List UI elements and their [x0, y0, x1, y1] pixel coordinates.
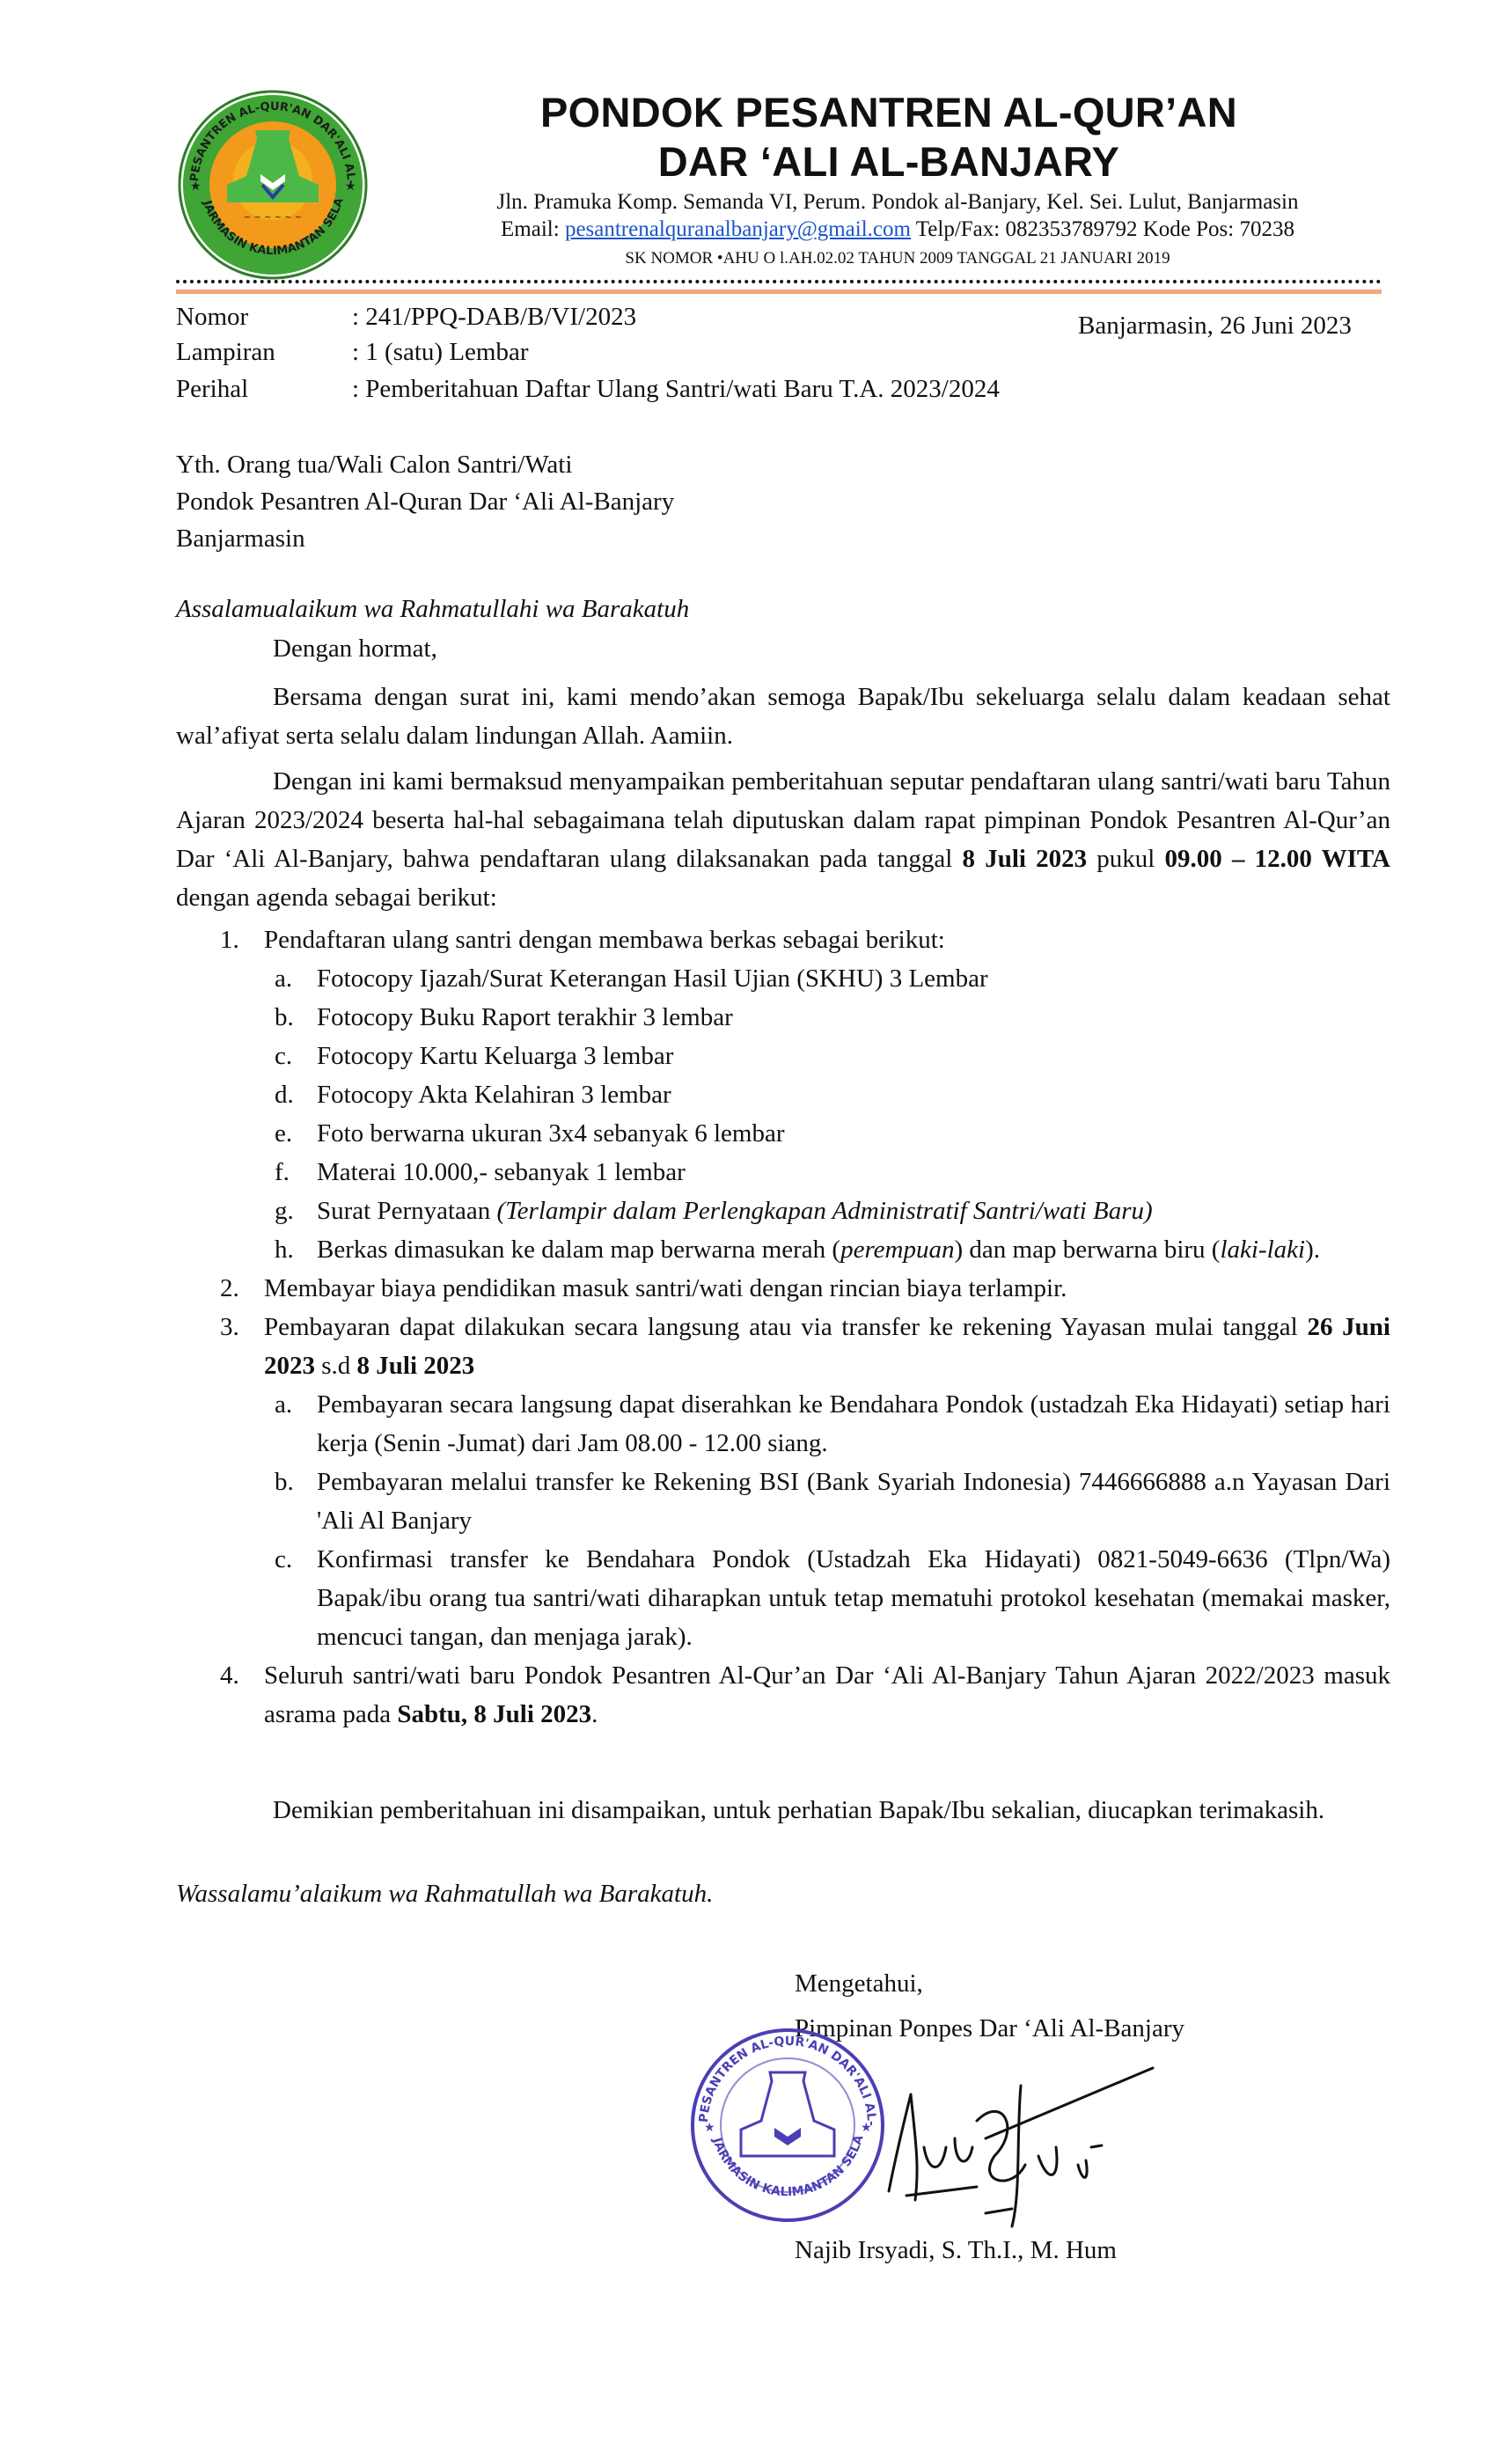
- agenda-list: 1.Pendaftaran ulang santri dengan membaw…: [176, 920, 1390, 1734]
- list-subitem: b.Fotocopy Buku Raport terakhir 3 lembar: [176, 998, 1390, 1037]
- header-orange-divider: [176, 290, 1382, 294]
- paragraph-1: Bersama dengan surat ini, kami mendo’aka…: [176, 678, 1390, 755]
- svg-text:~ ~ ~ ~ ~ ~: ~ ~ ~ ~ ~ ~: [244, 213, 302, 223]
- list-item: 1.Pendaftaran ulang santri dengan membaw…: [176, 920, 1390, 959]
- nomor-value: : 241/PPQ-DAB/B/VI/2023: [352, 303, 636, 331]
- institution-logo: ~ ~ ~ ~ ~ ~ PONDOK PESANTREN AL-QUR'AN D…: [176, 88, 370, 282]
- perihal-label: Perihal: [176, 371, 352, 407]
- svg-text:★: ★: [345, 180, 356, 194]
- list-subitem: c.Fotocopy Kartu Keluarga 3 lembar: [176, 1037, 1390, 1075]
- meta-perihal: Perihal: Pemberitahuan Daftar Ulang Sant…: [176, 371, 1000, 407]
- list-item: 3.Pembayaran dapat dilakukan secara lang…: [176, 1308, 1390, 1385]
- perihal-value: : Pemberitahuan Daftar Ulang Santri/wati…: [352, 375, 1000, 403]
- registration-time: 09.00 – 12.00 WITA: [1165, 845, 1390, 873]
- salam-text: Assalamualaikum wa Rahmatullahi wa Barak…: [176, 595, 689, 623]
- svg-text:★: ★: [861, 2122, 872, 2135]
- paragraph-2: Dengan ini kami bermaksud menyampaikan p…: [176, 762, 1390, 917]
- signatory-name: Najib Irsyadi, S. Th.I., M. Hum: [795, 2231, 1411, 2270]
- list-subitem: d.Fotocopy Akta Kelahiran 3 lembar: [176, 1075, 1390, 1114]
- list-subitem: e.Foto berwarna ukuran 3x4 sebanyak 6 le…: [176, 1114, 1390, 1153]
- list-subitem: c.Konfirmasi transfer ke Bendahara Pondo…: [176, 1540, 1390, 1656]
- list-subitem: h.Berkas dimasukan ke dalam map berwarna…: [176, 1230, 1390, 1269]
- list-subitem: b.Pembayaran melalui transfer ke Rekenin…: [176, 1463, 1390, 1540]
- header-dotted-divider: [176, 280, 1382, 283]
- sk-registration: SK NOMOR •AHU O l.AH.02.02 TAHUN 2009 TA…: [370, 245, 1426, 272]
- meta-lampiran: Lampiran: 1 (satu) Lembar: [176, 334, 529, 370]
- registration-date: 8 Juli 2023: [963, 845, 1088, 873]
- farewell: Wassalamu’alaikum wa Rahmatullah wa Bara…: [176, 1874, 1390, 1913]
- phone-postal: Telp/Fax: 082353789792 Kode Pos: 70238: [911, 217, 1294, 241]
- svg-text:PONDOK PESANTREN AL-QUR'AN DAR: PONDOK PESANTREN AL-QUR'AN DAR'ALI AL-BA…: [686, 2024, 878, 2127]
- recipient-line3: Banjarmasin: [176, 519, 1390, 558]
- greeting: Dengan hormat,: [176, 629, 1390, 668]
- list-item: 2.Membayar biaya pendidikan masuk santri…: [176, 1269, 1390, 1308]
- nomor-label: Nomor: [176, 299, 352, 334]
- recipient-line2: Pondok Pesantren Al-Quran Dar ‘Ali Al-Ba…: [176, 482, 1390, 521]
- meta-nomor: Nomor: 241/PPQ-DAB/B/VI/2023: [176, 299, 636, 334]
- list-subitem: a.Pembayaran secara langsung dapat diser…: [176, 1385, 1390, 1463]
- svg-text:★: ★: [190, 180, 202, 194]
- salam: Assalamualaikum wa Rahmatullahi wa Barak…: [176, 590, 1390, 628]
- lampiran-value: : 1 (satu) Lembar: [352, 338, 529, 366]
- closing-paragraph: Demikian pemberitahuan ini disampaikan, …: [176, 1791, 1390, 1830]
- letter-date: Banjarmasin, 26 Juni 2023: [1078, 312, 1352, 341]
- address-line: Jln. Pramuka Komp. Semanda VI, Perum. Po…: [370, 188, 1426, 216]
- institution-title-line2: DAR ‘ALI AL-BANJARY: [370, 137, 1408, 187]
- signature-known: Mengetahui,: [795, 1964, 1411, 2003]
- email-link[interactable]: pesantrenalquranalbanjary@gmail.com: [565, 217, 911, 241]
- official-stamp: PONDOK PESANTREN AL-QUR'AN DAR'ALI AL-BA…: [686, 2024, 889, 2226]
- list-subitem: g.Surat Pernyataan (Terlampir dalam Perl…: [176, 1192, 1390, 1230]
- lampiran-label: Lampiran: [176, 334, 352, 370]
- farewell-text: Wassalamu’alaikum wa Rahmatullah wa Bara…: [176, 1880, 713, 1908]
- email-label: Email:: [501, 217, 565, 241]
- svg-text:BANJARMASIN KALIMANTAN SELATAN: BANJARMASIN KALIMANTAN SELATAN: [686, 2024, 867, 2199]
- svg-text:★: ★: [704, 2122, 715, 2135]
- list-subitem: f.Materai 10.000,- sebanyak 1 lembar: [176, 1153, 1390, 1192]
- institution-title-line1: PONDOK PESANTREN AL-QUR’AN: [370, 88, 1408, 137]
- list-item: 4.Seluruh santri/wati baru Pondok Pesant…: [176, 1656, 1390, 1734]
- recipient-line1: Yth. Orang tua/Wali Calon Santri/Wati: [176, 445, 1390, 484]
- contact-line: Email: pesantrenalquranalbanjary@gmail.c…: [370, 216, 1426, 243]
- signature-scribble: [871, 2059, 1170, 2235]
- list-subitem: a.Fotocopy Ijazah/Surat Keterangan Hasil…: [176, 959, 1390, 998]
